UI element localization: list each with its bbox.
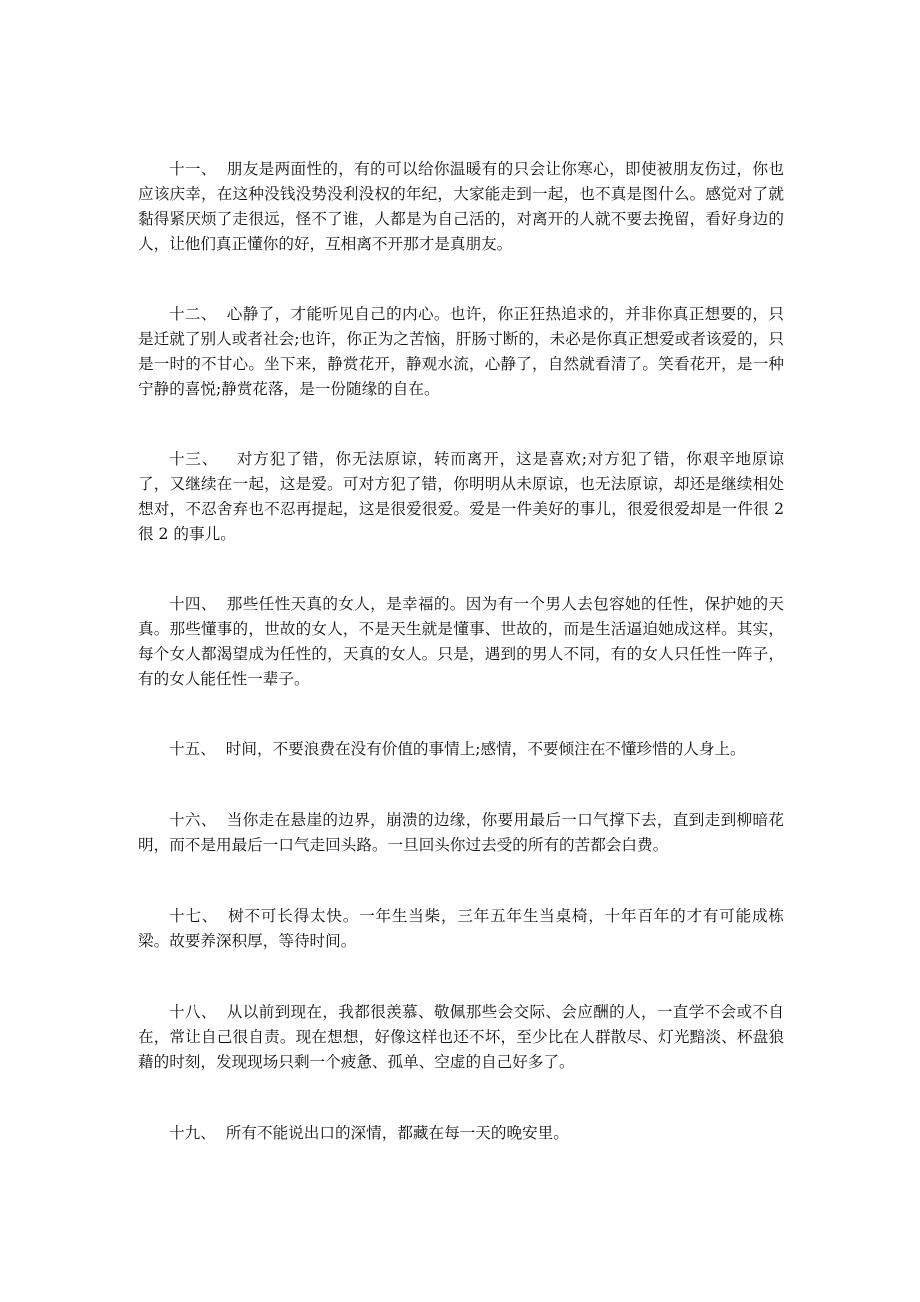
paragraph-number: 十七、 xyxy=(169,907,218,925)
paragraph-text: 树不可长得太快。一年生当柴，三年五年生当桌椅，十年百年的才有可能成栋梁。故要养深… xyxy=(138,907,784,950)
paragraph-number: 十六、 xyxy=(169,811,217,829)
paragraph-text: 对方犯了错，你无法原谅，转而离开，这是喜欢;对方犯了错，你艰辛地原谅了，又继续在… xyxy=(138,450,784,543)
paragraph-number: 十九、 xyxy=(169,1124,216,1142)
paragraph-text: 朋友是两面性的，有的可以给你温暖有的只会让你寒心，即使被朋友伤过，你也应该庆幸，… xyxy=(138,160,784,253)
paragraph-number: 十一、 xyxy=(169,160,217,178)
document-page: 十一、朋友是两面性的，有的可以给你温暖有的只会让你寒心，即使被朋友伤过，你也应该… xyxy=(138,157,784,1146)
paragraph-text: 那些任性天真的女人，是幸福的。因为有一个男人去包容她的任性，保护她的天真。那些懂… xyxy=(138,595,784,688)
paragraph-text: 当你走在悬崖的边界，崩溃的边缘，你要用最后一口气撑下去，直到走到柳暗花明，而不是… xyxy=(138,811,784,854)
paragraph-13: 十三、 对方犯了错，你无法原谅，转而离开，这是喜欢;对方犯了错，你艰辛地原谅了，… xyxy=(138,447,784,547)
paragraph-number: 十四、 xyxy=(169,595,217,613)
paragraph-number: 十三、 xyxy=(169,450,210,468)
paragraph-12: 十二、心静了，才能听见自己的内心。也许，你正狂热追求的，并非你真正想要的，只是迁… xyxy=(138,302,784,402)
paragraph-18: 十八、从以前到现在，我都很羡慕、敬佩那些会交际、会应酬的人，一直学不会或不自在，… xyxy=(138,1000,784,1075)
paragraph-number: 十五、 xyxy=(169,740,216,758)
paragraph-11: 十一、朋友是两面性的，有的可以给你温暖有的只会让你寒心，即使被朋友伤过，你也应该… xyxy=(138,157,784,257)
paragraph-text: 从以前到现在，我都很羡慕、敬佩那些会交际、会应酬的人，一直学不会或不自在，常让自… xyxy=(138,1003,784,1071)
paragraph-text: 所有不能说出口的深情，都藏在每一天的晚安里。 xyxy=(226,1124,569,1142)
paragraph-text: 心静了，才能听见自己的内心。也许，你正狂热追求的，并非你真正想要的，只是迁就了别… xyxy=(138,305,784,398)
paragraph-15: 十五、时间，不要浪费在没有价值的事情上;感情，不要倾注在不懂珍惜的人身上。 xyxy=(138,737,784,762)
paragraph-number: 十二、 xyxy=(169,305,217,323)
paragraph-19: 十九、所有不能说出口的深情，都藏在每一天的晚安里。 xyxy=(138,1121,784,1146)
paragraph-text: 时间，不要浪费在没有价值的事情上;感情，不要倾注在不懂珍惜的人身上。 xyxy=(226,740,746,758)
paragraph-16: 十六、当你走在悬崖的边界，崩溃的边缘，你要用最后一口气撑下去，直到走到柳暗花明，… xyxy=(138,808,784,858)
paragraph-14: 十四、那些任性天真的女人，是幸福的。因为有一个男人去包容她的任性，保护她的天真。… xyxy=(138,592,784,692)
paragraph-number: 十八、 xyxy=(169,1003,217,1021)
paragraph-17: 十七、树不可长得太快。一年生当柴，三年五年生当桌椅，十年百年的才有可能成栋梁。故… xyxy=(138,904,784,954)
